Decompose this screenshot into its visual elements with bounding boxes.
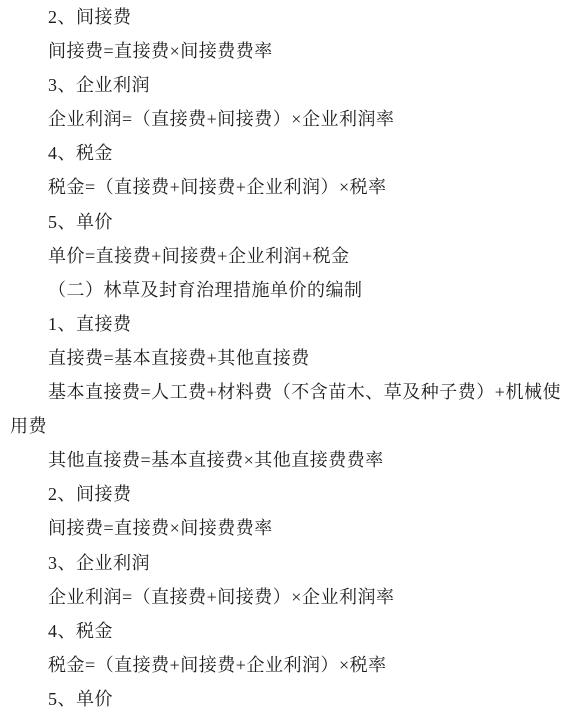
- formula-basic-direct-cost: 基本直接费=人工费+材料费（不含苗木、草及种子费）+机械使: [10, 375, 550, 409]
- list-item-heading-unit-price-2: 5、单价: [10, 682, 550, 716]
- list-item-heading-enterprise-profit: 3、企业利润: [10, 68, 550, 102]
- list-item-heading-indirect-cost: 2、间接费: [10, 0, 550, 34]
- formula-direct-cost: 直接费=基本直接费+其他直接费: [10, 341, 550, 375]
- list-item-heading-enterprise-profit-2: 3、企业利润: [10, 546, 550, 580]
- formula-tax-2: 税金=（直接费+间接费+企业利润）×税率: [10, 648, 550, 682]
- list-item-heading-direct-cost: 1、直接费: [10, 307, 550, 341]
- list-item-heading-tax: 4、税金: [10, 136, 550, 170]
- formula-basic-direct-cost-continuation: 用费: [10, 409, 550, 443]
- list-item-heading-indirect-cost-2: 2、间接费: [10, 477, 550, 511]
- list-item-heading-tax-2: 4、税金: [10, 614, 550, 648]
- formula-unit-price: 单价=直接费+间接费+企业利润+税金: [10, 239, 550, 273]
- section-heading-forest-grass: （二）林草及封育治理措施单价的编制: [10, 273, 550, 307]
- formula-enterprise-profit: 企业利润=（直接费+间接费）×企业利润率: [10, 102, 550, 136]
- formula-enterprise-profit-2: 企业利润=（直接费+间接费）×企业利润率: [10, 580, 550, 614]
- formula-indirect-cost: 间接费=直接费×间接费费率: [10, 34, 550, 68]
- document-page: 2、间接费 间接费=直接费×间接费费率 3、企业利润 企业利润=（直接费+间接费…: [0, 0, 566, 716]
- formula-other-direct-cost: 其他直接费=基本直接费×其他直接费费率: [10, 443, 550, 477]
- formula-indirect-cost-2: 间接费=直接费×间接费费率: [10, 511, 550, 545]
- formula-tax: 税金=（直接费+间接费+企业利润）×税率: [10, 170, 550, 204]
- list-item-heading-unit-price: 5、单价: [10, 205, 550, 239]
